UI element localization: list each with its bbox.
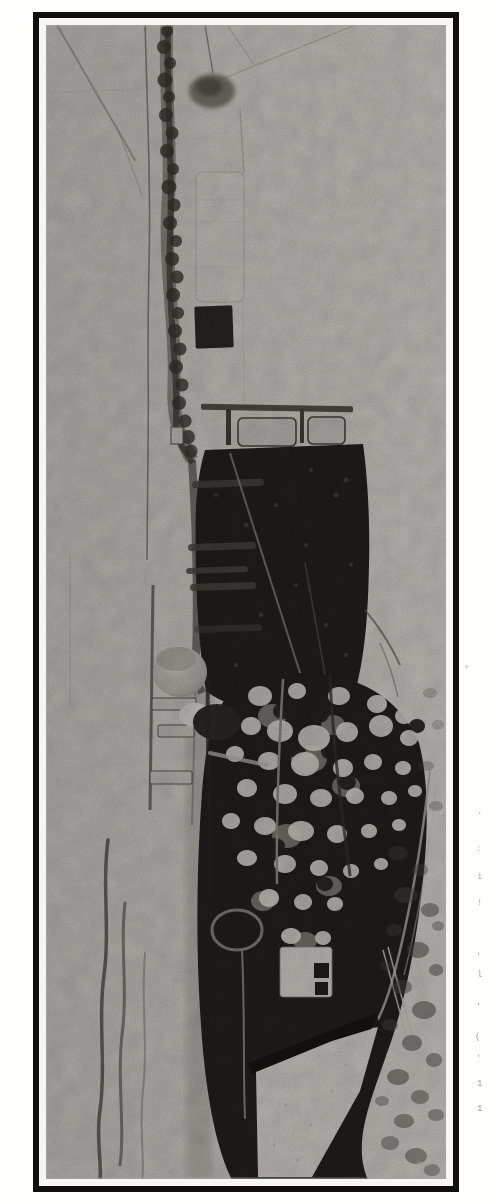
ink-remnant-glyph: ' (476, 953, 481, 962)
photo-frame (33, 12, 459, 1192)
ink-remnant-glyph: + (464, 664, 469, 673)
ink-remnant-glyph: ' (476, 1003, 481, 1012)
ink-remnant-glyph: : (476, 845, 481, 854)
photograph-artwork (46, 25, 446, 1179)
ink-remnant-glyph: ! (477, 899, 482, 908)
print-mottle (46, 25, 446, 1179)
ink-remnant-glyph: ( (475, 1033, 480, 1042)
ink-remnant-glyph: ' (476, 1055, 481, 1064)
halftone-photograph (46, 25, 446, 1179)
ink-remnant-glyph: 1 (477, 1080, 482, 1089)
printed-page: +·:i!'l'('11 (0, 0, 500, 1204)
ink-remnant-glyph: · (477, 810, 482, 819)
ink-remnant-glyph: i (477, 873, 482, 882)
ink-remnant-glyph: l (477, 971, 482, 980)
ink-remnant-glyph: 1 (477, 1105, 482, 1114)
